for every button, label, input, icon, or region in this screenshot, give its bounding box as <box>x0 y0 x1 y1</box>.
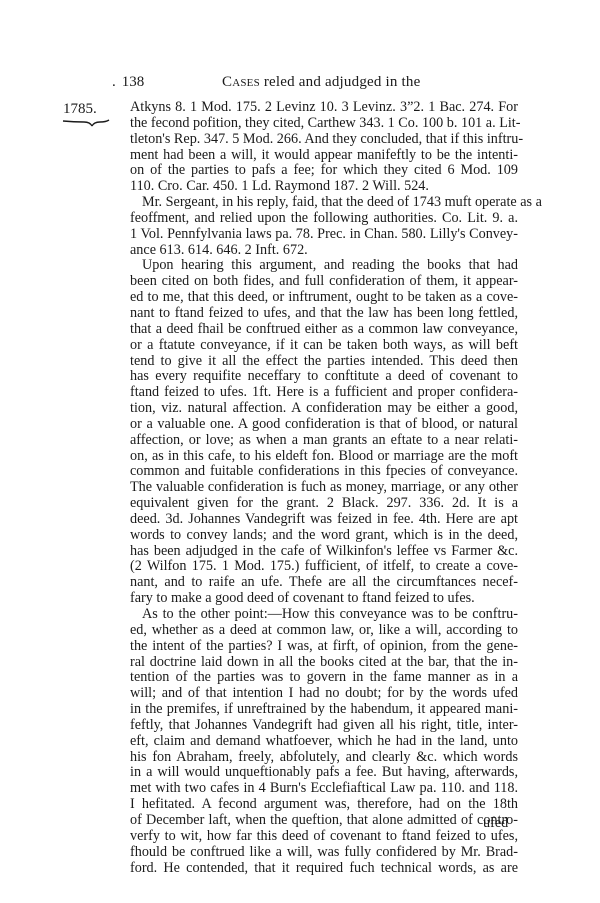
text-line: 1 Vol. Pennfylvania laws pa. 78. Prec. i… <box>130 227 518 243</box>
text-line: verfy to wit, how far this deed of coven… <box>130 829 518 845</box>
text-line: that a deed fhail be conftrued either as… <box>130 322 518 338</box>
text-line: deed. 3d. Johannes Vandegrift was feized… <box>130 512 518 528</box>
page-header: .138 Cases reled and adjudged in the <box>112 74 512 94</box>
text-line: will; and of that intention I had no dou… <box>130 686 518 702</box>
text-line: words to convey lands; and the word gran… <box>130 528 518 544</box>
book-page: .138 Cases reled and adjudged in the 178… <box>0 0 600 903</box>
text-line: has every requifite neceffary to conftit… <box>130 369 518 385</box>
text-line: ford. He contended, that it required fuc… <box>130 861 518 877</box>
text-line: ed to me, that this deed, or inftrument,… <box>130 290 518 306</box>
text-line: Atkyns 8. 1 Mod. 175. 2 Levinz 10. 3 Lev… <box>130 100 518 116</box>
text-line: (2 Wilfon 175. 1 Mod. 175.) fufficient, … <box>130 559 518 575</box>
text-line: been cited on both fides, and full confi… <box>130 274 518 290</box>
text-line: ance 613. 614. 646. 2 Inft. 672. <box>130 243 518 259</box>
text-line: ment had been a will, it would appear ma… <box>130 148 518 164</box>
text-line: met with two cafes in 4 Burn's Ecclefiaf… <box>130 781 518 797</box>
running-head: Cases reled and adjudged in the <box>222 74 420 91</box>
text-line: Upon hearing this argument, and reading … <box>130 258 518 274</box>
catchword: ufed <box>483 815 508 832</box>
text-line: ral doctrine laid down in all the books … <box>130 655 518 671</box>
text-line: ed, whether as a deed at common law, or,… <box>130 623 518 639</box>
text-line: the intent of the parties? I was, at fir… <box>130 639 518 655</box>
text-line: feftly, that Johannes Vandegrift had giv… <box>130 718 518 734</box>
margin-year: 1785. <box>63 101 97 118</box>
text-line: 110. Cro. Car. 450. 1 Ld. Raymond 187. 2… <box>130 179 518 195</box>
text-line: As to the other point:—How this conveyan… <box>130 607 518 623</box>
text-line: on of the parties to pafs a fee; for whi… <box>130 163 518 179</box>
text-line: in a will would unqueftionably pafs a fe… <box>130 765 518 781</box>
text-line: I hefitated. A fecond argument was, ther… <box>130 797 518 813</box>
margin-brace-icon <box>62 118 110 128</box>
text-line: has been adjudged in the cafe of Wilkinf… <box>130 544 518 560</box>
text-line: fhould be conftrued like a will, was ful… <box>130 845 518 861</box>
text-line: fary to make a good deed of covenant to … <box>130 591 518 607</box>
text-line: affection, or love; as when a man grants… <box>130 433 518 449</box>
text-line: his fon Abraham, freely, abfolutely, and… <box>130 750 518 766</box>
text-line: tend to give it all the effect the parti… <box>130 354 518 370</box>
text-line: the fecond pofition, they cited, Carthew… <box>130 116 518 132</box>
text-line: Mr. Sergeant, in his reply, faid, that t… <box>130 195 518 211</box>
text-line: ftand feized to ufes. 1ft. Here is a fuf… <box>130 385 518 401</box>
text-line: or a ftatute conveyance, if it can be ta… <box>130 338 518 354</box>
text-line: eft, claim and demand whatfoever, which … <box>130 734 518 750</box>
text-line: in the premifes, if unreftrained by the … <box>130 702 518 718</box>
text-line: of December laft, when the queftion, tha… <box>130 813 518 829</box>
text-line: tleton's Rep. 347. 5 Mod. 266. And they … <box>130 132 518 148</box>
text-line: feoffment, and relied upon the following… <box>130 211 518 227</box>
text-line: on, as in this cafe, to his eldeft fon. … <box>130 449 518 465</box>
text-line: tion, viz. natural affection. A confider… <box>130 401 518 417</box>
body-text: Atkyns 8. 1 Mod. 175. 2 Levinz 10. 3 Lev… <box>130 100 518 876</box>
text-line: The valuable confideration is fuch as mo… <box>130 480 518 496</box>
text-line: tention of the parties was to govern in … <box>130 670 518 686</box>
page-number: .138 <box>112 74 144 91</box>
text-line: nant to ftand feized to ufes, and that t… <box>130 306 518 322</box>
text-line: nant, and to raife an ufe. Thefe are all… <box>130 575 518 591</box>
text-line: equivalent given for the grant. 2 Black.… <box>130 496 518 512</box>
text-line: or a valuable one. A good confideration … <box>130 417 518 433</box>
text-line: common and fuitable confiderations in th… <box>130 464 518 480</box>
